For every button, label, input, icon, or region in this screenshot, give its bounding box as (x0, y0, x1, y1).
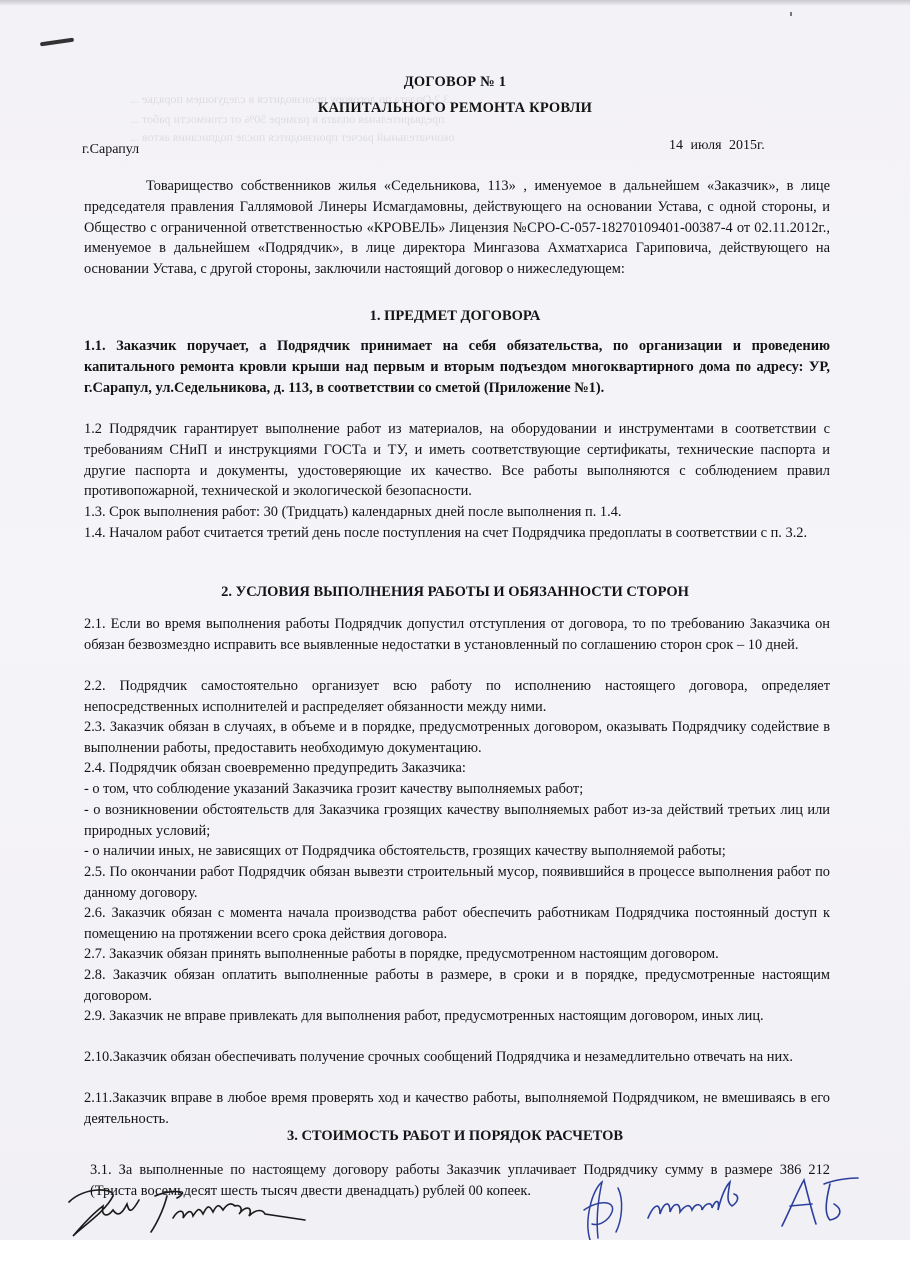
document-subtitle: КАПИТАЛЬНОГО РЕМОНТА КРОВЛИ (0, 100, 910, 117)
scan-speck (790, 12, 792, 16)
clause-2-4-item-3: - о наличии иных, не зависящих от Подряд… (84, 841, 830, 862)
clause-2-4: 2.4. Подрядчик обязан своевременно преду… (84, 758, 830, 779)
clause-2-11: 2.11.Заказчик вправе в любое время прове… (84, 1088, 830, 1130)
pen-mark (40, 38, 74, 47)
scan-margin (0, 1240, 910, 1263)
clause-1-3: 1.3. Срок выполнения работ: 30 (Тридцать… (84, 502, 830, 523)
clause-1-2: 1.2 Подрядчик гарантирует выполнение раб… (84, 419, 830, 502)
clause-1-1: 1.1. Заказчик поручает, а Подрядчик прин… (84, 336, 830, 398)
section-heading-2: 2. УСЛОВИЯ ВЫПОЛНЕНИЯ РАБОТЫ И ОБЯЗАННОС… (0, 584, 910, 601)
document-title: ДОГОВОР № 1 (0, 74, 910, 91)
section-heading-3: 3. СТОИМОСТЬ РАБОТ И ПОРЯДОК РАСЧЕТОВ (0, 1128, 910, 1145)
clause-2-3: 2.3. Заказчик обязан в случаях, в объеме… (84, 717, 830, 759)
clause-2-8: 2.8. Заказчик обязан оплатить выполненны… (84, 965, 830, 1007)
clause-2-4-item-1: - о том, что соблюдение указаний Заказчи… (84, 779, 830, 800)
clause-2-6: 2.6. Заказчик обязан с момента начала пр… (84, 903, 830, 945)
contractor-signature (568, 1170, 868, 1245)
clause-2-2: 2.2. Подрядчик самостоятельно организует… (84, 676, 830, 718)
clause-2-9: 2.9. Заказчик не вправе привлекать для в… (84, 1006, 830, 1027)
preamble: Товарищество собственников жилья «Седель… (84, 176, 830, 280)
scan-edge-shadow (0, 0, 910, 6)
clause-2-4-item-2: - о возникновении обстоятельств для Зака… (84, 800, 830, 842)
clause-2-5: 2.5. По окончании работ Подрядчик обязан… (84, 862, 830, 904)
clause-2-10: 2.10.Заказчик обязан обеспечивать получе… (84, 1047, 830, 1068)
bleed-through-text: окончательный расчет производится после … (130, 130, 455, 145)
clause-2-7: 2.7. Заказчик обязан принять выполненные… (84, 944, 830, 965)
clause-1-4: 1.4. Началом работ считается третий день… (84, 523, 830, 544)
scanned-page: 3.2 Оплата по договору производится в сл… (0, 0, 910, 1240)
customer-signature (55, 1182, 345, 1242)
city: г.Сарапул (82, 142, 139, 158)
contract-date: 14 июля 2015г. (669, 138, 765, 154)
section-heading-1: 1. ПРЕДМЕТ ДОГОВОРА (0, 308, 910, 325)
clause-2-1: 2.1. Если во время выполнения работы Под… (84, 614, 830, 656)
